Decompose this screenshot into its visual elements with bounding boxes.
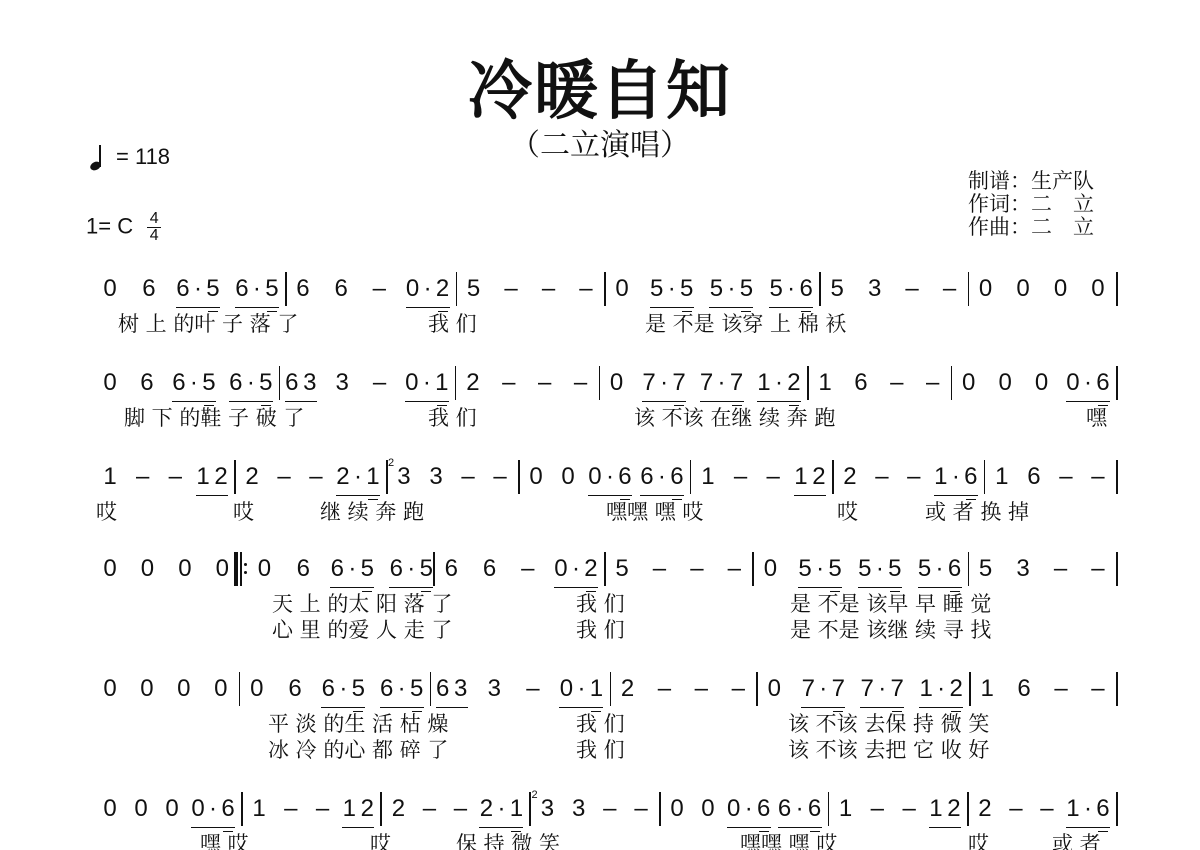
note: 0 (170, 672, 198, 706)
dash-extension: – (366, 366, 394, 400)
measure: 07·77·71·2 (760, 672, 965, 706)
note: 3 (328, 366, 356, 400)
barline (456, 272, 458, 306)
dotted-note-pair: 0·2 (552, 552, 600, 586)
grace-note: 32 (533, 792, 561, 826)
eighth-note-pair: 12 (927, 792, 963, 826)
lyric-line: 哎 (233, 496, 254, 526)
dash-extension: – (277, 792, 305, 826)
time-sig-bottom: 4 (147, 229, 161, 243)
dash-extension: – (687, 672, 715, 706)
lyric-line: 是 不是 该穿 上 棉 袄 (645, 308, 846, 338)
measure: 66–0·2 (437, 552, 600, 586)
dash-extension: – (1033, 792, 1061, 826)
dotted-note-pair: 0·6 (586, 460, 634, 494)
measure: 323–– (533, 792, 655, 826)
lyric-line: 哎 (968, 828, 989, 850)
note: 0 (663, 792, 691, 826)
dotted-note-pair: 6·5 (378, 672, 426, 706)
dotted-note-pair: 7·7 (858, 672, 906, 706)
eighth-note-pair: 12 (340, 792, 376, 826)
eighth-note-pair: 12 (792, 460, 828, 494)
note: 0 (522, 460, 550, 494)
note: 0 (694, 792, 722, 826)
dotted-note-pair: 6·5 (170, 366, 218, 400)
note: 6 (289, 272, 317, 306)
barline (984, 460, 986, 494)
measure: 066·56·5 (250, 552, 435, 586)
dash-extension: – (497, 272, 525, 306)
lyric-line: 脚 下 的鞋 子 破 了 (124, 402, 304, 432)
lyric-line: 心 里 的爱 人 走 了 (272, 614, 452, 644)
dash-extension: – (270, 460, 298, 494)
dotted-note-pair: 7·7 (640, 366, 688, 400)
dash-extension: – (531, 366, 559, 400)
dash-extension: – (645, 552, 673, 586)
note: 0 (1028, 366, 1056, 400)
note: 0 (133, 672, 161, 706)
measure: 0000 (972, 272, 1112, 306)
note: 2 (614, 672, 642, 706)
barline (690, 460, 692, 494)
quarter-note-icon (90, 144, 102, 170)
measure: 2––2·1 (384, 792, 525, 826)
note: 2 (459, 366, 487, 400)
measure: 0000 (96, 552, 236, 586)
note: 0 (133, 552, 161, 586)
barline (239, 672, 241, 706)
dash-extension: – (863, 792, 891, 826)
barline (610, 672, 612, 706)
dash-extension: – (567, 366, 595, 400)
lyric-line: 或 者 (1052, 828, 1101, 850)
dash-extension: – (936, 272, 964, 306)
dash-extension: – (683, 552, 711, 586)
performer-subtitle: （二立演唱） (0, 120, 1200, 164)
note: 6 (289, 552, 317, 586)
lyric-line: 冰 冷 的心 都 碎 了 (268, 734, 448, 764)
barline (380, 792, 382, 826)
dash-extension: – (519, 672, 547, 706)
barline (951, 366, 953, 400)
barline (599, 366, 601, 400)
lyric-line: 继 续 奔 跑 (320, 496, 424, 526)
dash-extension: – (454, 460, 482, 494)
dotted-note-pair: 2·1 (334, 460, 382, 494)
time-sig-top: 4 (147, 212, 161, 226)
measure: 323–– (390, 460, 514, 494)
dash-extension: – (868, 460, 896, 494)
measure: 633–0·1 (434, 672, 606, 706)
barline (832, 460, 834, 494)
barline (285, 272, 287, 306)
note: 0 (608, 272, 636, 306)
note: 3 (565, 792, 593, 826)
note: 6 (476, 552, 504, 586)
measure: 5––– (460, 272, 600, 306)
dotted-note-pair: 5·5 (648, 272, 696, 306)
dash-extension: – (898, 272, 926, 306)
measure: 53–– (972, 552, 1112, 586)
barline (756, 672, 758, 706)
dash-extension: – (720, 552, 748, 586)
note: 5 (972, 552, 1000, 586)
dash-extension: – (514, 552, 542, 586)
barline (604, 272, 606, 306)
lyric-line: 我 们 (428, 308, 477, 338)
dash-extension: – (161, 460, 189, 494)
note: 0 (756, 552, 784, 586)
dotted-note-pair: 5·5 (796, 552, 844, 586)
dotted-note-pair: 6·6 (776, 792, 824, 826)
note: 0 (554, 460, 582, 494)
dash-extension: – (759, 460, 787, 494)
barline (1116, 366, 1118, 400)
barline (604, 552, 606, 586)
measure: 66–0·2 (289, 272, 452, 306)
note: 0 (127, 792, 155, 826)
dash-extension: – (365, 272, 393, 306)
note: 1 (973, 672, 1001, 706)
note: 0 (1084, 272, 1112, 306)
note: 1 (694, 460, 722, 494)
dash-extension: – (302, 460, 330, 494)
measure: 066·56·5 (243, 672, 426, 706)
measure: 1––12 (832, 792, 963, 826)
dotted-note-pair: 7·7 (799, 672, 847, 706)
lyric-line: 哎 (96, 496, 117, 526)
dotted-note-pair: 0·6 (725, 792, 773, 826)
measure: 633–0·1 (283, 366, 451, 400)
note: 1 (96, 460, 124, 494)
note: 0 (991, 366, 1019, 400)
credit-composer: 作曲：二 立 (968, 216, 1094, 239)
lyric-line: 嘿 (1086, 402, 1107, 432)
barline (969, 672, 971, 706)
note: 0 (96, 552, 124, 586)
dotted-note-pair: 0·6 (1064, 366, 1112, 400)
dash-extension: – (1047, 672, 1075, 706)
note: 3 (480, 672, 508, 706)
measure: 53–– (823, 272, 963, 306)
barline (968, 552, 970, 586)
measure: 2––2·1 (238, 460, 382, 494)
lyric-line: 我 们 (576, 734, 625, 764)
note: 0 (1009, 272, 1037, 306)
dotted-note-pair: 6·5 (387, 552, 435, 586)
dotted-note-pair: 7·7 (698, 366, 746, 400)
measure: 1––12 (694, 460, 828, 494)
measure: 066·56·5 (96, 366, 275, 400)
dotted-note-pair: 2·1 (477, 792, 525, 826)
note: 2 (238, 460, 266, 494)
dash-extension: – (627, 792, 655, 826)
note: 0 (603, 366, 631, 400)
note: 1 (245, 792, 273, 826)
dotted-note-pair: 6·5 (227, 366, 275, 400)
dash-extension: – (309, 792, 337, 826)
note: 0 (955, 366, 983, 400)
time-signature: 4 4 (147, 212, 161, 243)
measure: 16–– (811, 366, 947, 400)
note: 0 (158, 792, 186, 826)
dash-extension: – (486, 460, 514, 494)
dotted-note-pair: 6·6 (638, 460, 686, 494)
barline (819, 272, 821, 306)
note: 6 (327, 272, 355, 306)
dotted-note-pair: 1·6 (932, 460, 980, 494)
barline (1116, 552, 1118, 586)
dotted-note-pair: 1·6 (1064, 792, 1112, 826)
measure: 05·55·55·6 (608, 272, 815, 306)
lyric-line: 我 们 (576, 614, 625, 644)
key-signature: 1= C 4 4 (86, 212, 161, 243)
dash-extension: – (1084, 552, 1112, 586)
measure: 05·55·55·6 (756, 552, 963, 586)
dotted-note-pair: 5·5 (707, 272, 755, 306)
note: 0 (171, 552, 199, 586)
dotted-note-pair: 6·5 (328, 552, 376, 586)
lyric-line: 该 不该 去把 它 收 好 (788, 734, 989, 764)
barline (1116, 272, 1118, 306)
barline (752, 552, 754, 586)
note: 3 (422, 460, 450, 494)
eighth-note-pair: 63 (434, 672, 470, 706)
dash-extension: – (495, 366, 523, 400)
barline (455, 366, 457, 400)
lyric-line: 树 上 的叶 子 落 了 (118, 308, 298, 338)
dash-extension: – (727, 460, 755, 494)
dash-extension: – (1084, 460, 1112, 494)
tempo-marking: = 118 (90, 144, 170, 170)
note: 3 (1009, 552, 1037, 586)
dotted-note-pair: 6·5 (174, 272, 222, 306)
measure: 1––12 (96, 460, 230, 494)
dash-extension: – (1002, 792, 1030, 826)
lyric-line: 嘿 哎 (200, 828, 249, 850)
barline (241, 792, 243, 826)
lyric-line: 嘿嘿 嘿 哎 (740, 828, 837, 850)
eighth-note-pair: 12 (194, 460, 230, 494)
barline (1116, 792, 1118, 826)
note: 5 (823, 272, 851, 306)
barline (279, 366, 281, 400)
lyric-line: 我 们 (428, 402, 477, 432)
note: 3 (861, 272, 889, 306)
note: 1 (811, 366, 839, 400)
barline (967, 792, 969, 826)
note: 0 (96, 672, 124, 706)
note: 6 (437, 552, 465, 586)
note: 0 (243, 672, 271, 706)
eighth-note-pair: 63 (283, 366, 319, 400)
measure: 07·77·71·2 (603, 366, 803, 400)
measure: 16–– (973, 672, 1112, 706)
barline (234, 460, 236, 494)
note: 5 (608, 552, 636, 586)
measure: 0000 (96, 672, 235, 706)
key-label: 1= C (86, 213, 133, 238)
note: 1 (988, 460, 1016, 494)
credits-block: 制谱：生产队 作词：二 立 作曲：二 立 (968, 170, 1094, 239)
note: 0 (1047, 272, 1075, 306)
grace-note: 32 (390, 460, 418, 494)
dotted-note-pair: 0·6 (189, 792, 237, 826)
note: 6 (133, 366, 161, 400)
dotted-note-pair: 5·6 (767, 272, 815, 306)
dash-extension: – (1047, 552, 1075, 586)
dotted-note-pair: 1·2 (755, 366, 803, 400)
dash-extension: – (1084, 672, 1112, 706)
credit-arranger: 制谱：生产队 (968, 170, 1094, 193)
lyric-line: 嘿嘿 嘿 哎 (606, 496, 703, 526)
note: 6 (281, 672, 309, 706)
dash-extension: – (1052, 460, 1080, 494)
measure: 16–– (988, 460, 1112, 494)
credit-lyricist: 作词：二 立 (968, 193, 1094, 216)
dotted-note-pair: 5·6 (916, 552, 964, 586)
dotted-note-pair: 0·2 (404, 272, 452, 306)
dotted-note-pair: 5·5 (856, 552, 904, 586)
barline (430, 672, 432, 706)
barline (828, 792, 830, 826)
measure: 2––1·6 (971, 792, 1112, 826)
dash-extension: – (572, 272, 600, 306)
note: 0 (207, 672, 235, 706)
note: 6 (1010, 672, 1038, 706)
measure: 2––– (614, 672, 753, 706)
measure: 000·66·6 (663, 792, 824, 826)
note: 0 (208, 552, 236, 586)
dash-extension: – (596, 792, 624, 826)
note: 6 (1020, 460, 1048, 494)
measure: 0000·6 (96, 792, 237, 826)
lyric-line: 或 者 换 掉 (925, 496, 1029, 526)
dash-extension: – (900, 460, 928, 494)
lyric-line: 该 不该 在继 续 奔 跑 (634, 402, 835, 432)
dash-extension: – (883, 366, 911, 400)
measure: 2––– (459, 366, 595, 400)
dotted-note-pair: 6·5 (319, 672, 367, 706)
dash-extension: – (535, 272, 563, 306)
note: 0 (760, 672, 788, 706)
note: 0 (96, 792, 124, 826)
dotted-note-pair: 0·1 (557, 672, 605, 706)
dotted-note-pair: 0·1 (403, 366, 451, 400)
measure: 1––12 (245, 792, 376, 826)
note: 0 (96, 366, 124, 400)
barline (1116, 672, 1118, 706)
lyric-line: 哎 (370, 828, 391, 850)
dotted-note-pair: 6·5 (233, 272, 281, 306)
lyric-line: 是 不是 该继 续 寻 找 (790, 614, 991, 644)
note: 0 (250, 552, 278, 586)
song-title: 冷暖自知 (0, 40, 1200, 132)
note: 6 (847, 366, 875, 400)
barline (659, 792, 661, 826)
barline (433, 552, 435, 586)
note: 0 (972, 272, 1000, 306)
dotted-note-pair: 1·2 (917, 672, 965, 706)
note: 6 (135, 272, 163, 306)
note: 0 (96, 272, 124, 306)
tempo-value: = 118 (116, 144, 170, 169)
lyric-line: 哎 (837, 496, 858, 526)
note: 2 (836, 460, 864, 494)
note: 2 (971, 792, 999, 826)
note: 1 (832, 792, 860, 826)
note: 2 (384, 792, 412, 826)
measure: 2––1·6 (836, 460, 980, 494)
barline (518, 460, 520, 494)
measure: 0000·6 (955, 366, 1112, 400)
barline (807, 366, 809, 400)
dash-extension: – (895, 792, 923, 826)
dash-extension: – (415, 792, 443, 826)
measure: 5––– (608, 552, 748, 586)
dash-extension: – (650, 672, 678, 706)
lyric-line: 保 持 微 笑 (456, 828, 560, 850)
dash-extension: – (724, 672, 752, 706)
dash-extension: – (129, 460, 157, 494)
note: 5 (460, 272, 488, 306)
dash-extension: – (446, 792, 474, 826)
measure: 066·56·5 (96, 272, 281, 306)
measure: 000·66·6 (522, 460, 686, 494)
barline (968, 272, 970, 306)
dash-extension: – (919, 366, 947, 400)
barline (1116, 460, 1118, 494)
